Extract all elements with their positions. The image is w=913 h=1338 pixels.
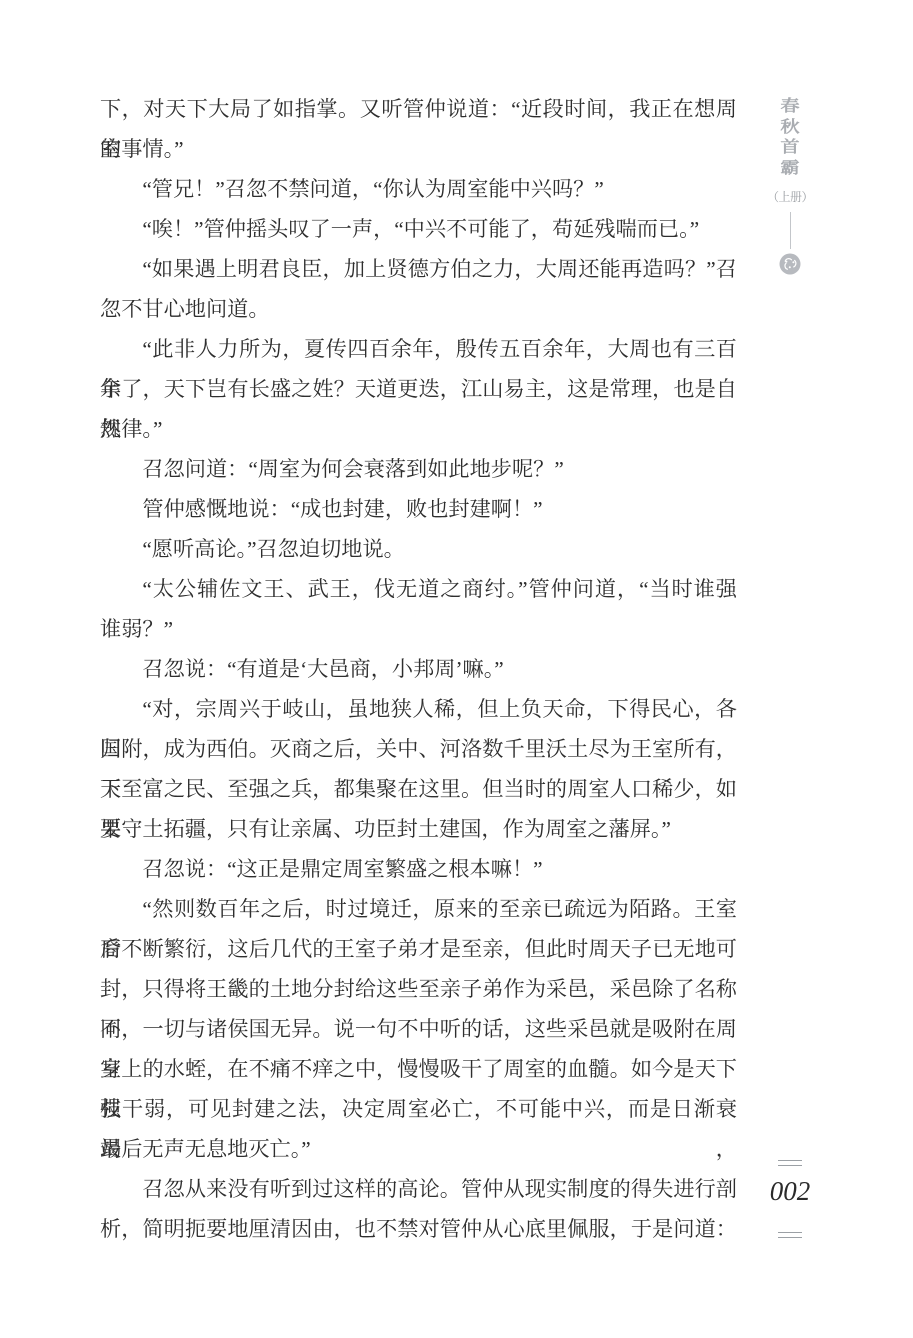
text-line: “管兄！”召忽不禁问道，“你认为周室能中兴吗？”	[100, 169, 737, 209]
seal-ornament-icon	[779, 253, 801, 275]
text-line: 的事情。”	[100, 129, 737, 169]
text-line: 召忽说：“有道是‘大邑商，小邦周’嘛。”	[100, 649, 737, 689]
book-title-char: 春	[760, 97, 820, 117]
text-line: 身上的水蛭，在不痛不痒之中，慢慢吸干了周室的血髓。如今是天下枝	[100, 1049, 737, 1089]
page-folio: 002	[765, 1158, 815, 1242]
text-line: 析，简明扼要地厘清因由，也不禁对管仲从心底里佩服，于是问道：	[100, 1209, 737, 1249]
body-text: 下，对天下大局了如指掌。又听管仲说道：“近段时间，我正在想周室的事情。”“管兄！…	[100, 89, 737, 1249]
text-line: 谁弱？”	[100, 609, 737, 649]
volume-label: （上册）	[765, 190, 815, 205]
text-line: 下至富之民、至强之兵，都集聚在这里。但当时的周室人口稀少，如果	[100, 769, 737, 809]
text-line: “然则数百年之后，时过境迁，原来的至亲已疏远为陌路。王室后	[100, 889, 737, 929]
text-line: 强干弱，可见封建之法，决定周室必亡，不可能中兴，而是日渐衰竭，	[100, 1089, 737, 1129]
book-title-vertical: 春秋首霸	[765, 97, 815, 179]
text-line: 召忽从来没有听到过这样的高论。管仲从现实制度的得失进行剖	[100, 1169, 737, 1209]
text-line: 管仲感慨地说：“成也封建，败也封建啊！”	[100, 489, 737, 529]
text-line: 规律。”	[100, 409, 737, 449]
text-line: 封，只得将王畿的土地分封给这些至亲子弟作为采邑，采邑除了名称不	[100, 969, 737, 1009]
text-line: 年了，天下岂有长盛之姓？天道更迭，江山易主，这是常理，也是自然	[100, 369, 737, 409]
text-line: 召忽问道：“周室为何会衰落到如此地步呢？”	[100, 449, 737, 489]
text-line: 要守土拓疆，只有让亲属、功臣封土建国，作为周室之藩屏。”	[100, 809, 737, 849]
book-page: 下，对天下大局了如指掌。又听管仲说道：“近段时间，我正在想周室的事情。”“管兄！…	[0, 0, 913, 1338]
text-line: 裔不断繁衍，这后几代的王室子弟才是至亲，但此时周天子已无地可	[100, 929, 737, 969]
book-title-char: 霸	[760, 159, 820, 179]
text-line: “愿听高论。”召忽迫切地说。	[100, 529, 737, 569]
text-line: 同，一切与诸侯国无异。说一句不中听的话，这些采邑就是吸附在周室	[100, 1009, 737, 1049]
text-line: 归附，成为西伯。灭商之后，关中、河洛数千里沃土尽为王室所有，天	[100, 729, 737, 769]
text-line: “如果遇上明君良臣，加上贤德方伯之力，大周还能再造吗？”召	[100, 249, 737, 289]
folio-rule-bottom	[778, 1232, 802, 1238]
margin-divider	[790, 212, 791, 249]
text-line: 召忽说：“这正是鼎定周室繁盛之根本嘛！”	[100, 849, 737, 889]
text-line: 忽不甘心地问道。	[100, 289, 737, 329]
text-line: “对，宗周兴于岐山，虽地狭人稀，但上负天命，下得民心，各国	[100, 689, 737, 729]
text-line: “此非人力所为，夏传四百余年，殷传五百余年，大周也有三百余	[100, 329, 737, 369]
book-title-char: 首	[760, 138, 820, 158]
text-line: “太公辅佐文王、武王，伐无道之商纣。”管仲问道，“当时谁强	[100, 569, 737, 609]
text-line: 下，对天下大局了如指掌。又听管仲说道：“近段时间，我正在想周室	[100, 89, 737, 129]
margin-column: 春秋首霸 （上册）	[765, 97, 815, 275]
book-title-char: 秋	[760, 118, 820, 138]
folio-rule-top	[778, 1160, 802, 1166]
page-number: 002	[765, 1175, 815, 1207]
text-line: “唉！”管仲摇头叹了一声，“中兴不可能了，苟延残喘而已。”	[100, 209, 737, 249]
